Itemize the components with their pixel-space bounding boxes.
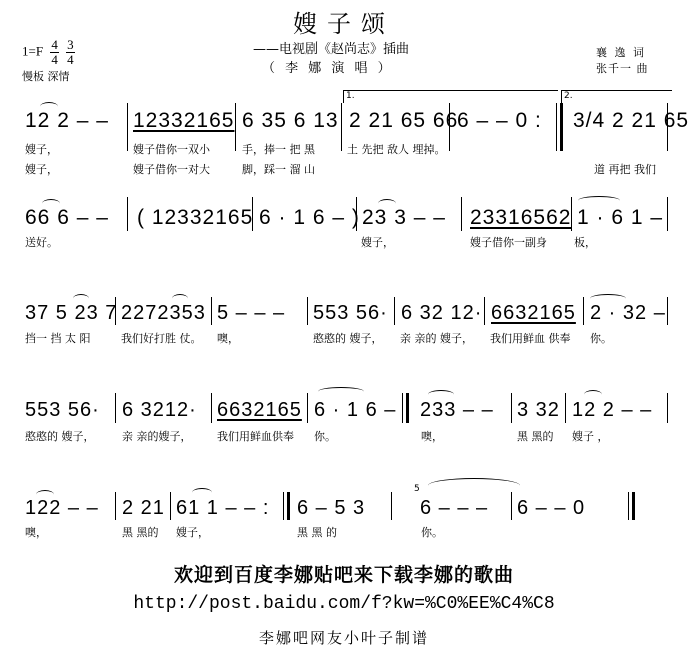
- measure-notes: 12332165: [133, 108, 234, 134]
- measure-notes: 6632165: [491, 300, 576, 326]
- barline: [252, 197, 253, 231]
- barline: [565, 393, 566, 423]
- lyric-verse1: 土 先把 敌人 埋掉。: [347, 143, 446, 157]
- lyric-verse2: 嫂子，: [25, 163, 58, 177]
- barline: [307, 297, 308, 325]
- measure-notes: 1 · 6 1 –: [577, 205, 663, 231]
- repeat-start-barline: [402, 393, 409, 423]
- measure-notes: 6 · 1 6 –: [314, 397, 396, 423]
- lyric-verse1: 噢，: [421, 430, 443, 444]
- barline: [667, 393, 668, 423]
- final-barline: [628, 492, 635, 520]
- lyric-verse1: 嫂子，: [361, 236, 394, 250]
- lyric-verse1: 亲 亲的嫂子，: [122, 430, 192, 444]
- measure-notes: 122 – –: [25, 495, 99, 521]
- tempo-marking: 慢板 深情: [22, 68, 70, 84]
- source-url[interactable]: http://post.baidu.com/f?kw=%C0%EE%C4%C8: [0, 594, 688, 614]
- slur: [318, 387, 364, 396]
- lyric-verse1: 噢，: [217, 332, 239, 346]
- measure-notes: 61 1 – – :: [176, 495, 269, 521]
- measure-notes: 6 · 1 6 – ): [259, 205, 360, 231]
- measure-notes: 2 21: [122, 495, 165, 521]
- repeat-end-barline: [556, 103, 563, 151]
- measure-notes: 6 – – –: [420, 495, 488, 521]
- lyric-verse1: 你。: [314, 430, 336, 444]
- barline: [235, 103, 236, 151]
- lyric-verse1: 嫂子借你一副身: [470, 236, 547, 250]
- measure-notes: 6 – – 0 :: [457, 108, 542, 134]
- barline: [115, 297, 116, 325]
- lyric-verse1: 黑 黑的: [122, 526, 159, 540]
- grace-note: 5: [414, 484, 420, 494]
- measure-notes: 3 32: [517, 397, 560, 423]
- barline: [211, 393, 212, 423]
- transcriber-credit: 李娜吧网友小叶子制谱: [0, 627, 688, 648]
- time-signature-1: 4 4: [50, 38, 59, 67]
- barline: [127, 103, 128, 151]
- lyric-verse1: 嫂子，: [25, 143, 58, 157]
- measure-notes: 6632165: [217, 397, 302, 423]
- measure-notes: 553 56·: [313, 300, 388, 326]
- measure-notes: 66 6 – –: [25, 205, 109, 231]
- lyric-verse1: 黑 黑 的: [297, 526, 337, 540]
- song-subtitle: ——电视剧《赵尚志》插曲: [253, 38, 409, 57]
- lyric-verse1: 板，: [574, 236, 596, 250]
- measure-notes: 23316562: [470, 205, 571, 231]
- barline: [115, 492, 116, 520]
- measure-notes: 37 5 23 7: [25, 300, 117, 326]
- lyric-verse1: 手，捧一 把 黑: [242, 143, 315, 157]
- lyric-verse2: 嫂子借你一对大: [133, 163, 210, 177]
- barline: [571, 197, 572, 231]
- barline: [667, 297, 668, 325]
- barline: [391, 492, 392, 520]
- composer: 张千一 曲: [596, 60, 649, 76]
- time-signature-2: 3 4: [66, 38, 75, 67]
- barline: [356, 197, 357, 231]
- measure-notes: 6 – – 0: [517, 495, 585, 521]
- barline: [449, 103, 450, 151]
- measure-notes: ( 12332165: [137, 205, 253, 231]
- key-signature: 1=F 4 4 3 4: [22, 38, 75, 67]
- barline: [307, 393, 308, 423]
- lyric-verse1: 噢，: [25, 526, 47, 540]
- barline: [667, 197, 668, 231]
- key-label: 1=F: [22, 43, 43, 58]
- volta-2: 2.: [561, 90, 672, 103]
- lyric-verse1: 嫂子借你一双小: [133, 143, 210, 157]
- barline: [461, 197, 462, 231]
- lyric-verse1: 憨憨的 嫂子，: [25, 430, 95, 444]
- measure-notes: 23 3 – –: [362, 205, 446, 231]
- barline: [583, 297, 584, 325]
- performer: （ 李 娜 演 唱 ）: [262, 57, 394, 76]
- barline: [341, 103, 342, 151]
- lyric-verse1: 我们好打胜 仗。: [121, 332, 202, 346]
- lyric-verse1: 黑 黑的: [517, 430, 554, 444]
- barline: [211, 297, 212, 325]
- measure-notes: 3/4 2 21 65: [573, 108, 688, 134]
- lyric-verse1: 你。: [590, 332, 612, 346]
- barline: [127, 197, 128, 231]
- slur: [578, 196, 620, 205]
- lyric-verse1: 送好。: [25, 236, 58, 250]
- measure-notes: 5 – – –: [217, 300, 285, 326]
- barline: [511, 393, 512, 423]
- lyric-verse1: 挡一 挡 太 阳: [25, 332, 91, 346]
- measure-notes: 6 – 5 3: [297, 495, 365, 521]
- lyricist: 襄 逸 词: [596, 44, 646, 60]
- measure-notes: 6 35 6 13: [242, 108, 339, 134]
- measure-notes: 6 32 12·: [401, 300, 482, 326]
- volta-1: 1.: [343, 90, 558, 103]
- lyric-verse1: 嫂子 ，: [572, 430, 609, 444]
- measure-notes: 2 · 32 –: [590, 300, 666, 326]
- measure-notes: 2 21 65 66: [349, 108, 458, 134]
- lyric-verse1: 憨憨的 嫂子，: [313, 332, 383, 346]
- lyric-verse1: 你。: [421, 526, 443, 540]
- barline: [667, 103, 668, 151]
- lyric-verse1: 我们用鲜血供奉: [217, 430, 294, 444]
- lyric-verse1: 嫂子，: [176, 526, 209, 540]
- measure-notes: 233 – –: [420, 397, 494, 423]
- song-title: 嫂子颂: [0, 4, 688, 39]
- measure-notes: 6 3212·: [122, 397, 197, 423]
- measure-notes: 553 56·: [25, 397, 100, 423]
- lyric-verse1: 亲 亲的 嫂子，: [400, 332, 473, 346]
- barline: [511, 492, 512, 520]
- measure-notes: 12 2 – –: [25, 108, 109, 134]
- repeat-end-barline: [283, 492, 290, 520]
- barline: [115, 393, 116, 423]
- barline: [170, 492, 171, 520]
- barline: [484, 297, 485, 325]
- measure-notes: 12 2 – –: [572, 397, 652, 423]
- lyric-verse2: 脚，踩一 溜 山: [242, 163, 315, 177]
- lyric-verse2: 道 再把 我们: [594, 163, 656, 177]
- slur: [428, 478, 520, 493]
- measure-notes: 2272353: [121, 300, 206, 326]
- barline: [394, 297, 395, 325]
- promo-text: 欢迎到百度李娜贴吧来下载李娜的歌曲: [0, 560, 688, 587]
- lyric-verse1: 我们用鲜血 供奉: [490, 332, 571, 346]
